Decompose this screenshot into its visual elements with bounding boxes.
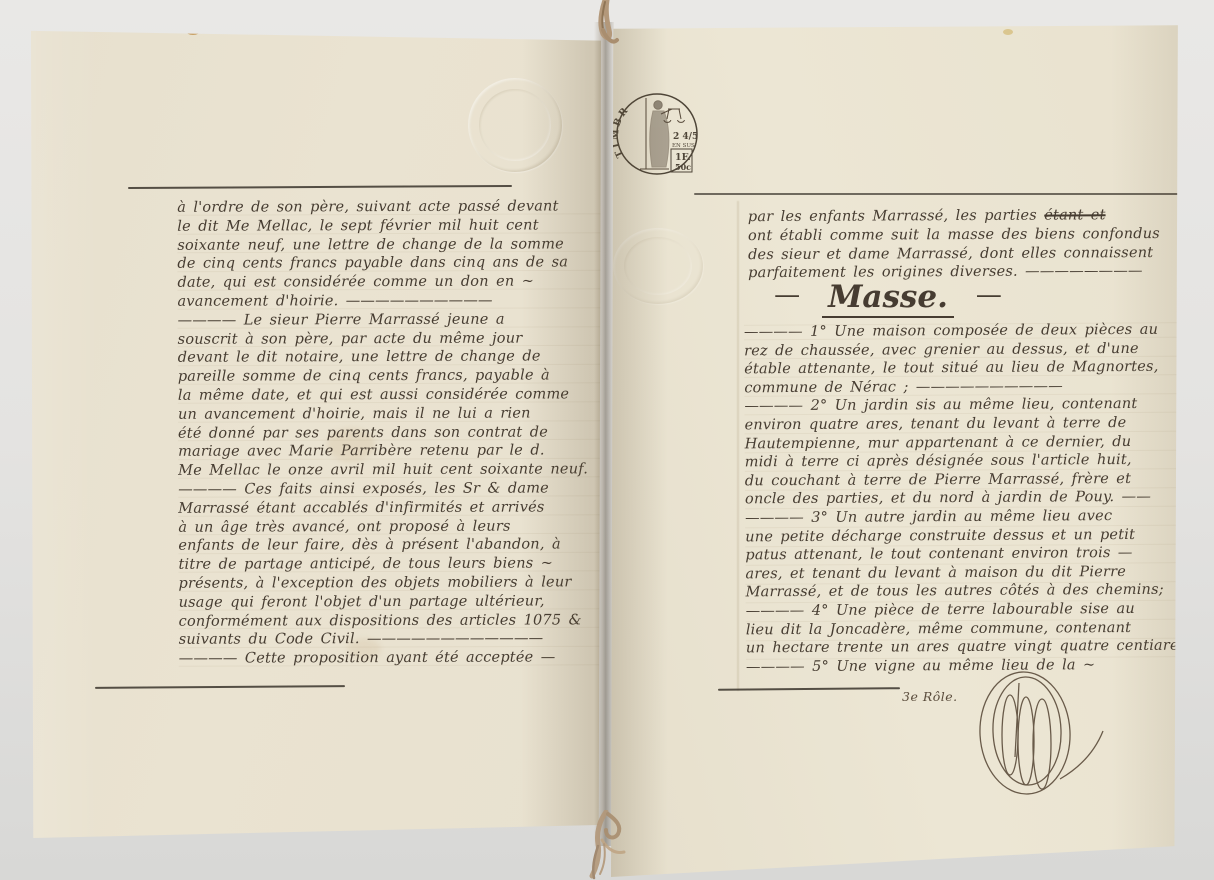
revenue-stamp: TIMBRE 2 4/5 EN SUS 1F. 50c [613, 85, 701, 187]
manuscript-line: titre de partage anticipé, de tous leurs… [178, 554, 608, 574]
stamp-arc-text: TIMBRE [613, 85, 632, 159]
manuscript-line: pareille somme de cinq cents francs, pay… [178, 366, 608, 386]
blind-embossed-seal-inner [479, 89, 550, 160]
manuscript-line: des sieur et dame Marrassé, dont elles c… [748, 243, 1180, 264]
manuscript-line: ———— 1° Une maison composée de deux pièc… [744, 321, 1180, 342]
manuscript-line: un hectare trente un ares quatre vingt q… [746, 637, 1182, 658]
heading-right-dash: — [954, 280, 1024, 310]
manuscript-line: ———— 4° Une pièce de terre labourable si… [746, 600, 1182, 621]
blind-embossed-seal [468, 78, 562, 172]
manuscript-line: le dit Me Mellac, le sept février mil hu… [177, 216, 607, 236]
manuscript-line: lieu dit la Joncadère, même commune, con… [746, 618, 1182, 639]
manuscript-line: patus attenant, le tout contenant enviro… [745, 544, 1181, 565]
binding-thread-tassel [572, 810, 638, 880]
manuscript-line: un avancement d'hoirie, mais il ne lui a… [178, 404, 608, 424]
manuscript-line: midi à terre ci après désignée sous l'ar… [745, 451, 1181, 472]
foxing-spot [347, 638, 381, 660]
blind-embossed-seal-faint-inner [624, 237, 692, 295]
left-top-rule [128, 185, 512, 189]
manuscript-line: ———— 3° Un autre jardin au même lieu ave… [745, 507, 1181, 528]
manuscript-line: avancement d'hoirie. —————————— [178, 291, 608, 311]
justice-icon [640, 98, 684, 169]
ink-stain [186, 27, 200, 35]
binding-thread-top [583, 0, 627, 52]
masse-heading: —Masse.— [611, 279, 1165, 315]
manuscript-line: Me Mellac le onze avril mil huit cent so… [178, 460, 608, 480]
struck-words: étant et [1044, 207, 1105, 223]
manuscript-line: oncle des parties, et du nord à jardin d… [745, 488, 1181, 509]
manuscript-line: présents, à l'exception des objets mobil… [178, 573, 608, 593]
left-bottom-rule [95, 685, 345, 689]
manuscript-line: ———— 5° Une vigne au même lieu de la ~ [746, 655, 1182, 676]
manuscript-line: ———— Le sieur Pierre Marrassé jeune a [178, 310, 608, 330]
manuscript-line: à l'ordre de son père, suivant acte pass… [177, 197, 607, 217]
manuscript-line: du couchant à terre de Pierre Marrassé, … [745, 469, 1181, 490]
heading-left-dash: — [752, 280, 822, 310]
stamp-surcharge-1: 2 4/5 [673, 132, 698, 142]
heading-word: Masse. [822, 279, 954, 318]
manuscript-line: commune de Nérac ; —————————— [744, 376, 1180, 397]
intro-text: par les enfants Marrassé, les parties [748, 208, 1044, 226]
manuscript-line: conformément aux dispositions des articl… [179, 611, 609, 631]
manuscript-line: usage qui feront l'objet d'un partage ul… [179, 592, 609, 612]
manuscript-line: ares, et tenant du levant à maison du di… [745, 562, 1181, 583]
manuscript-line: une petite décharge construite dessus et… [745, 525, 1181, 546]
manuscript-line: souscrit à son père, par acte du même jo… [178, 329, 608, 349]
manuscript-line: ont établi comme suit la masse des biens… [748, 225, 1180, 246]
role-note: 3e Rôle. [902, 689, 958, 704]
manuscript-line: ———— Cette proposition ayant été accepté… [179, 648, 609, 668]
manuscript-line: parfaitement les origines diverses. ————… [748, 262, 1180, 283]
left-page: à l'ordre de son père, suivant acte pass… [31, 26, 601, 838]
manuscript-line: date, qui est considérée comme un don en… [177, 272, 607, 292]
stamp-arc-label: TIMBRE [613, 85, 632, 159]
right-bottom-rule [718, 687, 900, 691]
stamp-surcharge-2: EN SUS [672, 143, 695, 149]
left-page-text: à l'ordre de son père, suivant acte pass… [177, 197, 609, 668]
manuscript-line: rez de chaussée, avec grenier au dessus,… [744, 339, 1180, 360]
right-page: TIMBRE 2 4/5 EN SUS 1F. 50c [611, 21, 1179, 877]
manuscript-line: soixante neuf, une lettre de change de l… [177, 235, 607, 255]
manuscript-line: enfants de leur faire, dès à présent l'a… [178, 536, 608, 556]
right-page-intro: par les enfants Marrassé, les parties ét… [748, 206, 1180, 283]
right-top-rule [694, 193, 1178, 195]
photo-background: à l'ordre de son père, suivant acte pass… [0, 0, 1214, 880]
manuscript-line: été donné par ses parents dans son contr… [178, 423, 608, 443]
manuscript-line: étable attenante, le tout situé au lieu … [744, 358, 1180, 379]
manuscript-line: la même date, et qui est aussi considéré… [178, 385, 608, 405]
foxing-spot [327, 428, 375, 462]
manuscript-line: Hautempienne, mur appartenant à ce derni… [745, 432, 1181, 453]
manuscript-line: à un âge très avancé, ont proposé à leur… [178, 517, 608, 537]
blind-embossed-seal-faint [613, 228, 703, 304]
stamp-denomination-1: 1F. [675, 152, 691, 163]
manuscript-line: suivants du Code Civil. ———————————— [179, 630, 609, 650]
stamp-denomination-2: 50c [675, 162, 691, 172]
manuscript-line: de cinq cents francs payable dans cinq a… [177, 254, 607, 274]
manuscript-line: devant le dit notaire, une lettre de cha… [178, 348, 608, 368]
foxing-spot [1003, 29, 1013, 35]
manuscript-line: Marrassé étant accablés d'infirmités et … [178, 498, 608, 518]
stamp-border-circle [617, 94, 697, 174]
paper-crease [737, 201, 739, 691]
manuscript-line: mariage avec Marie Parribère retenu par … [178, 442, 608, 462]
notary-paraph-flourish [963, 661, 1123, 811]
manuscript-line: environ quatre ares, tenant du levant à … [744, 414, 1180, 435]
right-intro-rest: ont établi comme suit la masse des biens… [748, 225, 1180, 284]
manuscript-line: ———— Ces faits ainsi exposés, les Sr & d… [178, 479, 608, 499]
manuscript-line: par les enfants Marrassé, les parties ét… [748, 206, 1180, 227]
manuscript-line: ———— 2° Un jardin sis au même lieu, cont… [744, 395, 1180, 416]
right-page-items: ———— 1° Une maison composée de deux pièc… [744, 321, 1182, 677]
manuscript-line: Marrassé, et de tous les autres côtés à … [746, 581, 1182, 602]
center-fold [594, 22, 614, 846]
